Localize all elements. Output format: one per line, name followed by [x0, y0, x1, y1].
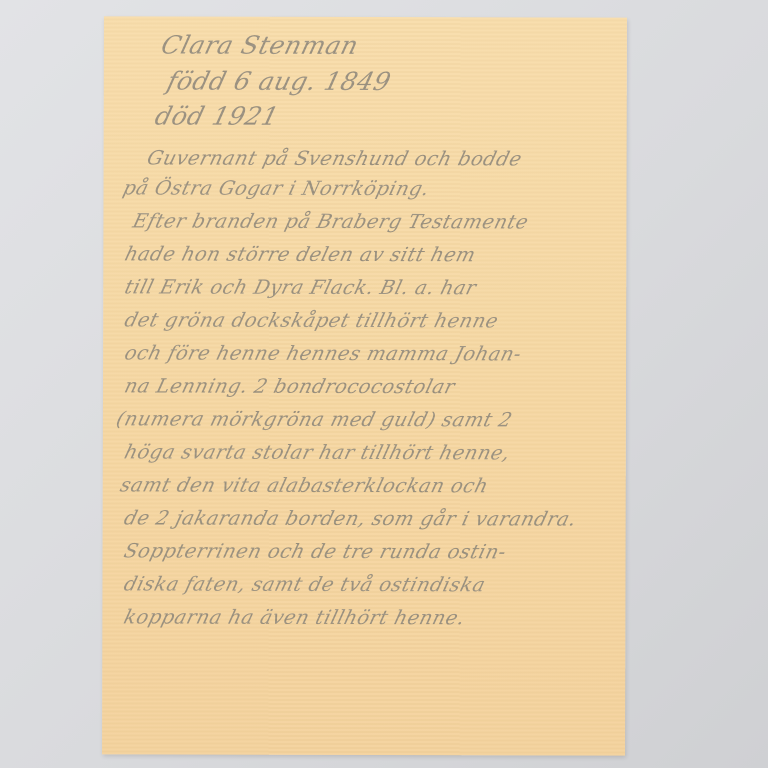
note-line: na Lenning. 2 bondrococostolar: [122, 374, 457, 398]
header-birth: född 6 aug. 1849: [164, 66, 394, 96]
note-line: Efter branden på Braberg Testamente: [131, 209, 531, 233]
note-line: hade hon större delen av sitt hem: [122, 242, 478, 266]
note-line: och före henne hennes mamma Johan-: [122, 341, 524, 365]
note-line: (numera mörkgröna med guld) samt 2: [114, 407, 515, 431]
note-line: höga svarta stolar har tillhört henne,: [122, 440, 513, 464]
note-line: de 2 jakaranda borden, som går i varandr…: [122, 506, 579, 530]
handwritten-note-paper: Clara Stenman född 6 aug. 1849 död 1921 …: [102, 16, 627, 755]
note-line: till Erik och Dyra Flack. Bl. a. har: [122, 275, 479, 299]
note-line: på Östra Gogar i Norrköping.: [121, 176, 432, 200]
note-line: Guvernant på Svenshund och bodde: [145, 146, 525, 170]
note-line: samt den vita alabasterklockan och: [118, 473, 491, 497]
note-line: det gröna dockskåpet tillhört henne: [122, 308, 501, 332]
note-line: diska faten, samt de två ostindiska: [122, 572, 488, 596]
header-death: död 1921: [152, 101, 282, 130]
header-name: Clara Stenman: [158, 30, 361, 59]
note-line: Soppterrinen och de tre runda ostin-: [122, 539, 509, 563]
note-line: kopparna ha även tillhört henne.: [121, 605, 467, 629]
